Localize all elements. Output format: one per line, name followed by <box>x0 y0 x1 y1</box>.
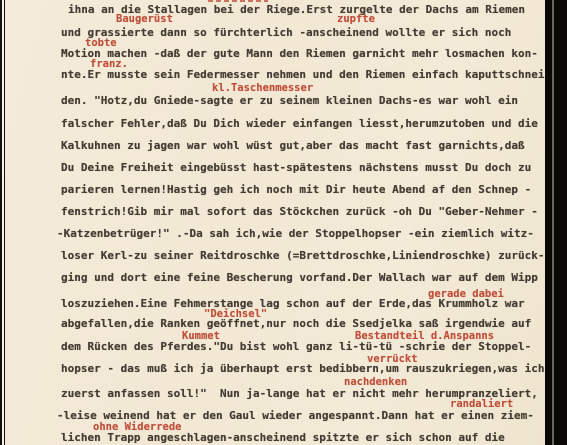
typed-line: fenstrich!Gib mir mal sofort das Stöckch… <box>61 206 538 218</box>
red-annotation: Bestandteil d.Anspanns <box>355 331 494 342</box>
typed-line: lichen Trapp angeschlagen-anscheinend sp… <box>61 432 505 444</box>
red-annotation: nachdenken <box>344 377 407 388</box>
typed-line: loser Kerl-zu seiner Reitdroschke (=Bret… <box>61 250 544 262</box>
typed-line: Motion machen -daß der gute Mann den Rie… <box>61 48 538 60</box>
red-annotation: tobte <box>85 38 117 49</box>
typed-line: den. "Hotz,du Gniede-sagte er zu seinem … <box>61 95 518 107</box>
typed-line: Du Deine Freiheit eingebüsst hast-spätes… <box>61 162 531 174</box>
typed-line: Kalkuhnen zu jagen war wohl wüst gut,abe… <box>61 140 525 152</box>
typed-line: nte.Er musste sein Federmesser nehmen un… <box>61 69 551 81</box>
scan-edge-right <box>545 0 567 445</box>
red-annotation: zupfte <box>337 14 375 25</box>
red-annotation: gerade dabei <box>428 289 504 300</box>
typed-line: ging und dort eine feine Bescherung vorf… <box>61 272 538 284</box>
scanned-typewritten-page: ihna an die Stallagen bei der Riege.Erst… <box>0 0 567 445</box>
typed-line: dem Rücken des Pferdes."Du bist wohl gan… <box>61 341 531 353</box>
typed-line: falscher Fehler,daß Du Dich wieder einfa… <box>61 118 538 130</box>
red-annotation: "Deichsel" <box>204 309 267 320</box>
red-annotation: franz. <box>90 59 128 70</box>
typed-line: abgefallen,die Ranken geöffnet,nur noch … <box>61 318 531 330</box>
typed-line: hopser - das muß ich ja überhaupt erst b… <box>61 363 544 375</box>
red-annotation: kl.Taschenmesser <box>212 83 313 94</box>
scan-edge-left-sliver <box>2 0 4 445</box>
red-annotation: verrückt <box>367 354 418 365</box>
red-annotation: Baugerüst <box>116 14 173 25</box>
typed-line: -Katzenbetrüger!" .-Da sah ich,wie der S… <box>57 228 534 240</box>
red-annotation: randaliert <box>450 399 513 410</box>
cropped-red-annotation-fragment <box>208 0 268 2</box>
red-annotation: Kummet <box>182 331 220 342</box>
red-annotation: ohne Widerrede <box>93 422 182 433</box>
typed-line: parieren lernen!Hastig geh ich noch mit … <box>61 184 531 196</box>
typed-line: und grassierte dann so fürchterlich -ans… <box>61 27 511 39</box>
scan-edge-right-line <box>552 0 554 445</box>
paper-background <box>5 0 545 445</box>
